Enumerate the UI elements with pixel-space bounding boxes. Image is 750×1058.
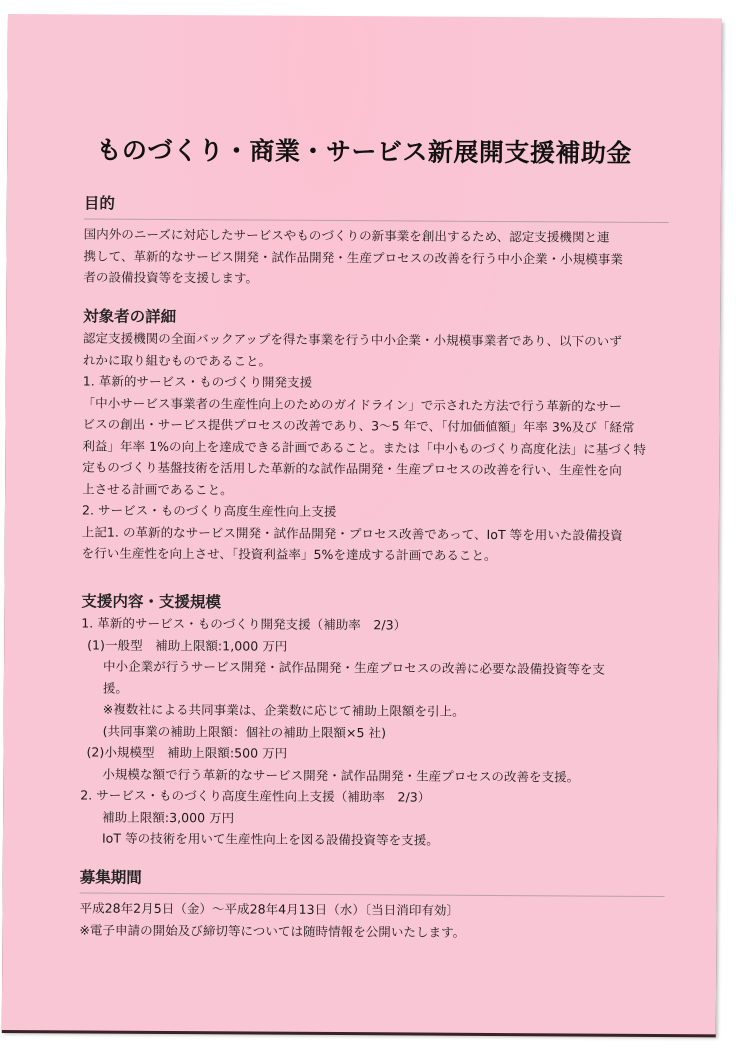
- support-small-type: (2)小規模型 補助上限額:500 万円: [80, 741, 665, 766]
- eligibility-line: ビスの創出・サービス提供プロセスの改善であり、3～5 年で、「付加価値額」年率 …: [82, 413, 667, 438]
- period-divider: [80, 892, 665, 897]
- eligibility-line: 認定支援機関の全面バックアップを得た事業を行う中小企業・小規模事業者であり、以下…: [83, 327, 668, 352]
- support-line: IoT 等の技術を用いて生産性向上を図る設備投資等を支援。: [80, 827, 665, 852]
- purpose-section: 目的 国内外のニーズに対応したサービスやものづくりの新事業を創出するため、認定支…: [83, 192, 669, 291]
- support-item-2-title: 2. サービス・ものづくり高度生産性向上支援（補助率 2/3）: [80, 784, 665, 809]
- support-section: 支援内容・支援規模 1. 革新的サービス・ものづくり開発支援（補助率 2/3） …: [80, 590, 667, 852]
- eligibility-item-1-title: 1. 革新的サービス・ものづくり開発支援: [83, 370, 668, 395]
- period-dates: 平成28年2月5日（金）～平成28年4月13日（水）〔当日消印有効〕: [79, 897, 664, 922]
- eligibility-item-2-title: 2. サービス・ものづくり高度生産性向上支援: [82, 499, 667, 524]
- eligibility-section: 対象者の詳細 認定支援機関の全面バックアップを得た事業を行う中小企業・小規模事業…: [82, 305, 669, 567]
- support-item-1-title: 1. 革新的サービス・ものづくり開発支援（補助率 2/3）: [81, 612, 666, 637]
- document-title: ものづくり・商業・サービス新展開支援補助金: [7, 130, 721, 170]
- purpose-divider: [84, 218, 669, 223]
- period-section: 募集期間 平成28年2月5日（金）～平成28年4月13日（水）〔当日消印有効〕 …: [79, 866, 664, 944]
- purpose-line: 国内外のニーズに対応したサービスやものづくりの新事業を創出するため、認定支援機関…: [84, 223, 669, 248]
- support-line: 中小企業が行うサービス開発・試作品開発・生産プロセスの改善に必要な設備投資等を支: [81, 655, 666, 680]
- purpose-heading: 目的: [84, 192, 669, 218]
- purpose-line: 者の設備投資等を支援します。: [83, 266, 668, 291]
- period-heading: 募集期間: [80, 866, 665, 892]
- period-note: ※電子申請の開始及び締切等については随時情報を公開いたします。: [79, 919, 664, 944]
- eligibility-line: を行い生産性を向上させ、「投資利益率」5%を達成する計画であること。: [82, 542, 667, 567]
- support-note: ※複数社による共同事業は、企業数に応じて補助上限額を引上。: [81, 698, 666, 723]
- flyer-paper: ものづくり・商業・サービス新展開支援補助金 目的 国内外のニーズに対応したサービ…: [2, 14, 722, 1034]
- eligibility-line: 定ものづくり基盤技術を活用した革新的な試作品開発・生産プロセスの改善を行い、生産…: [82, 456, 667, 481]
